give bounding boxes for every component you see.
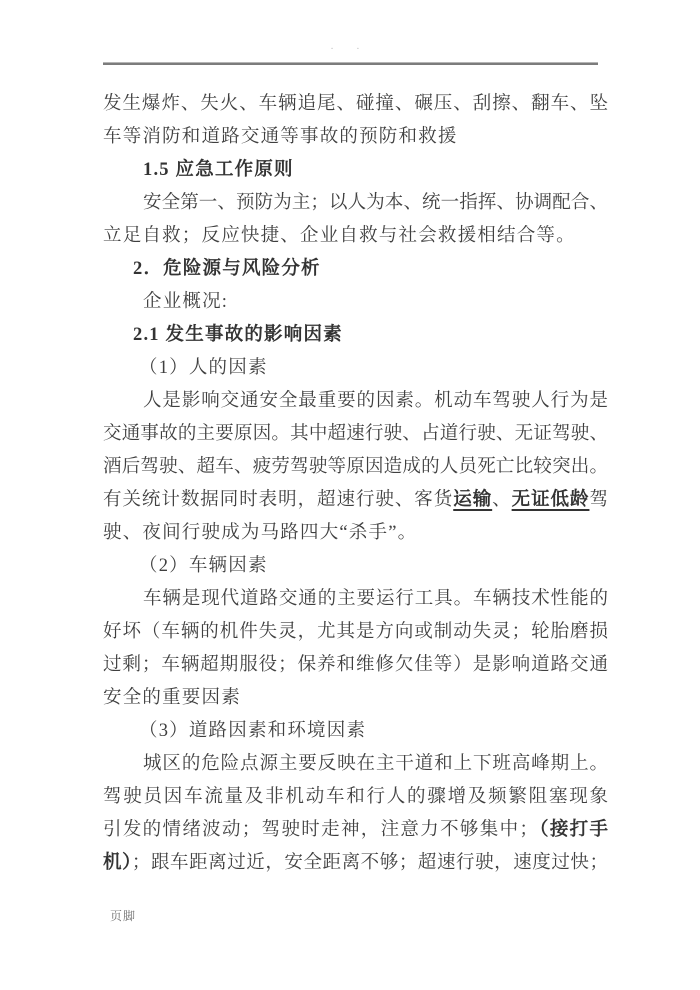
footer-label: 页脚 [110, 907, 136, 924]
text-segment: 1.5 应急工作原则 [143, 160, 294, 180]
text-segment: （接打手 [538, 820, 608, 840]
text-line: 有关统计数据同时表明，超速行驶、客货运输、无证低龄驾 [103, 484, 608, 517]
text-line: 1.5 应急工作原则 [103, 154, 608, 187]
text-line: 交通事故的主要原因。其中超速行驶、占道行驶、无证驾驶、 [103, 418, 608, 451]
text-segment: （2）车辆因素 [139, 556, 268, 576]
text-segment: 机） [103, 853, 132, 873]
header-marks: · · [0, 44, 700, 55]
text-segment: 车辆是现代道路交通的主要运行工具。车辆技术性能的 [143, 589, 608, 609]
text-line: 机）；跟车距离过近，安全距离不够；超速行驶，速度过快； [103, 847, 608, 880]
text-segment: 安全第一、预防为主；以人为本、统一指挥、协调配合、 [143, 193, 608, 213]
text-segment: 酒后驾驶、超车、疲劳驾驶等原因造成的人员死亡比较突出。 [103, 457, 608, 477]
text-segment: 引发的情绪波动；驾驶时走神，注意力不够集中； [103, 820, 538, 840]
text-line: 酒后驾驶、超车、疲劳驾驶等原因造成的人员死亡比较突出。 [103, 451, 608, 484]
text-segment: 企业概况: [143, 292, 228, 312]
text-line: （1）人的因素 [103, 352, 608, 385]
text-segment: 立足自救；反应快捷、企业自救与社会救援相结合等。 [103, 226, 576, 246]
text-segment: 驾驶员因车流量及非机动车和行人的骤增及频繁阻塞现象 [103, 787, 608, 807]
text-line: 发生爆炸、失火、车辆追尾、碰撞、碾压、刮擦、翻车、坠 [103, 88, 608, 121]
text-segment: 交通事故的主要原因。其中超速行驶、占道行驶、无证驾驶、 [103, 424, 608, 444]
text-segment: 无证低龄 [512, 490, 590, 510]
text-line: 驶、夜间行驶成为马路四大“杀手”。 [103, 517, 608, 550]
text-line: 安全第一、预防为主；以人为本、统一指挥、协调配合、 [103, 187, 608, 220]
text-segment: 2.1 发生事故的影响因素 [133, 325, 343, 345]
document-page: · · 发生爆炸、失火、车辆追尾、碰撞、碾压、刮擦、翻车、坠车等消防和道路交通等… [0, 0, 700, 990]
text-segment: 有关统计数据同时表明，超速行驶、客货 [103, 490, 453, 510]
text-segment: 好坏（车辆的机件失灵，尤其是方向或制动失灵；轮胎磨损 [103, 622, 608, 642]
text-line: 引发的情绪波动；驾驶时走神，注意力不够集中；（接打手 [103, 814, 608, 847]
text-segment: （3）道路因素和环境因素 [139, 721, 366, 741]
text-line: 城区的危险点源主要反映在主干道和上下班高峰期上。 [103, 748, 608, 781]
text-line: 企业概况: [103, 286, 608, 319]
text-segment: 发生爆炸、失火、车辆追尾、碰撞、碾压、刮擦、翻车、坠 [103, 94, 608, 114]
text-segment: （1）人的因素 [139, 358, 268, 378]
text-segment: 车等消防和道路交通等事故的预防和救援 [103, 127, 458, 147]
text-line: 车等消防和道路交通等事故的预防和救援 [103, 121, 608, 154]
text-line: （2）车辆因素 [103, 550, 608, 583]
text-line: 过剩；车辆超期服役；保养和维修欠佳等）是影响道路交通 [103, 649, 608, 682]
text-segment: ；跟车距离过近，安全距离不够；超速行驶，速度过快； [132, 853, 608, 873]
text-segment: 过剩；车辆超期服役；保养和维修欠佳等）是影响道路交通 [103, 655, 608, 675]
header-rule [103, 62, 598, 65]
text-line: 2．危险源与风险分析 [103, 253, 608, 286]
document-content: 发生爆炸、失火、车辆追尾、碰撞、碾压、刮擦、翻车、坠车等消防和道路交通等事故的预… [103, 88, 608, 880]
text-segment: 驾 [589, 490, 608, 510]
text-segment: 安全的重要因素 [103, 688, 241, 708]
text-line: 好坏（车辆的机件失灵，尤其是方向或制动失灵；轮胎磨损 [103, 616, 608, 649]
text-line: 车辆是现代道路交通的主要运行工具。车辆技术性能的 [103, 583, 608, 616]
text-segment: 2．危险源与风险分析 [133, 259, 321, 279]
text-segment: 驶、夜间行驶成为马路四大“杀手”。 [103, 523, 417, 543]
text-segment: 城区的危险点源主要反映在主干道和上下班高峰期上。 [143, 754, 608, 774]
text-line: 2.1 发生事故的影响因素 [103, 319, 608, 352]
text-line: （3）道路因素和环境因素 [103, 715, 608, 748]
text-line: 立足自救；反应快捷、企业自救与社会救援相结合等。 [103, 220, 608, 253]
text-segment: 人是影响交通安全最重要的因素。机动车驾驶人行为是 [143, 391, 608, 411]
text-line: 驾驶员因车流量及非机动车和行人的骤增及频繁阻塞现象 [103, 781, 608, 814]
text-segment: 、 [492, 490, 511, 510]
text-line: 人是影响交通安全最重要的因素。机动车驾驶人行为是 [103, 385, 608, 418]
text-segment: 运输 [453, 490, 492, 510]
text-line: 安全的重要因素 [103, 682, 608, 715]
